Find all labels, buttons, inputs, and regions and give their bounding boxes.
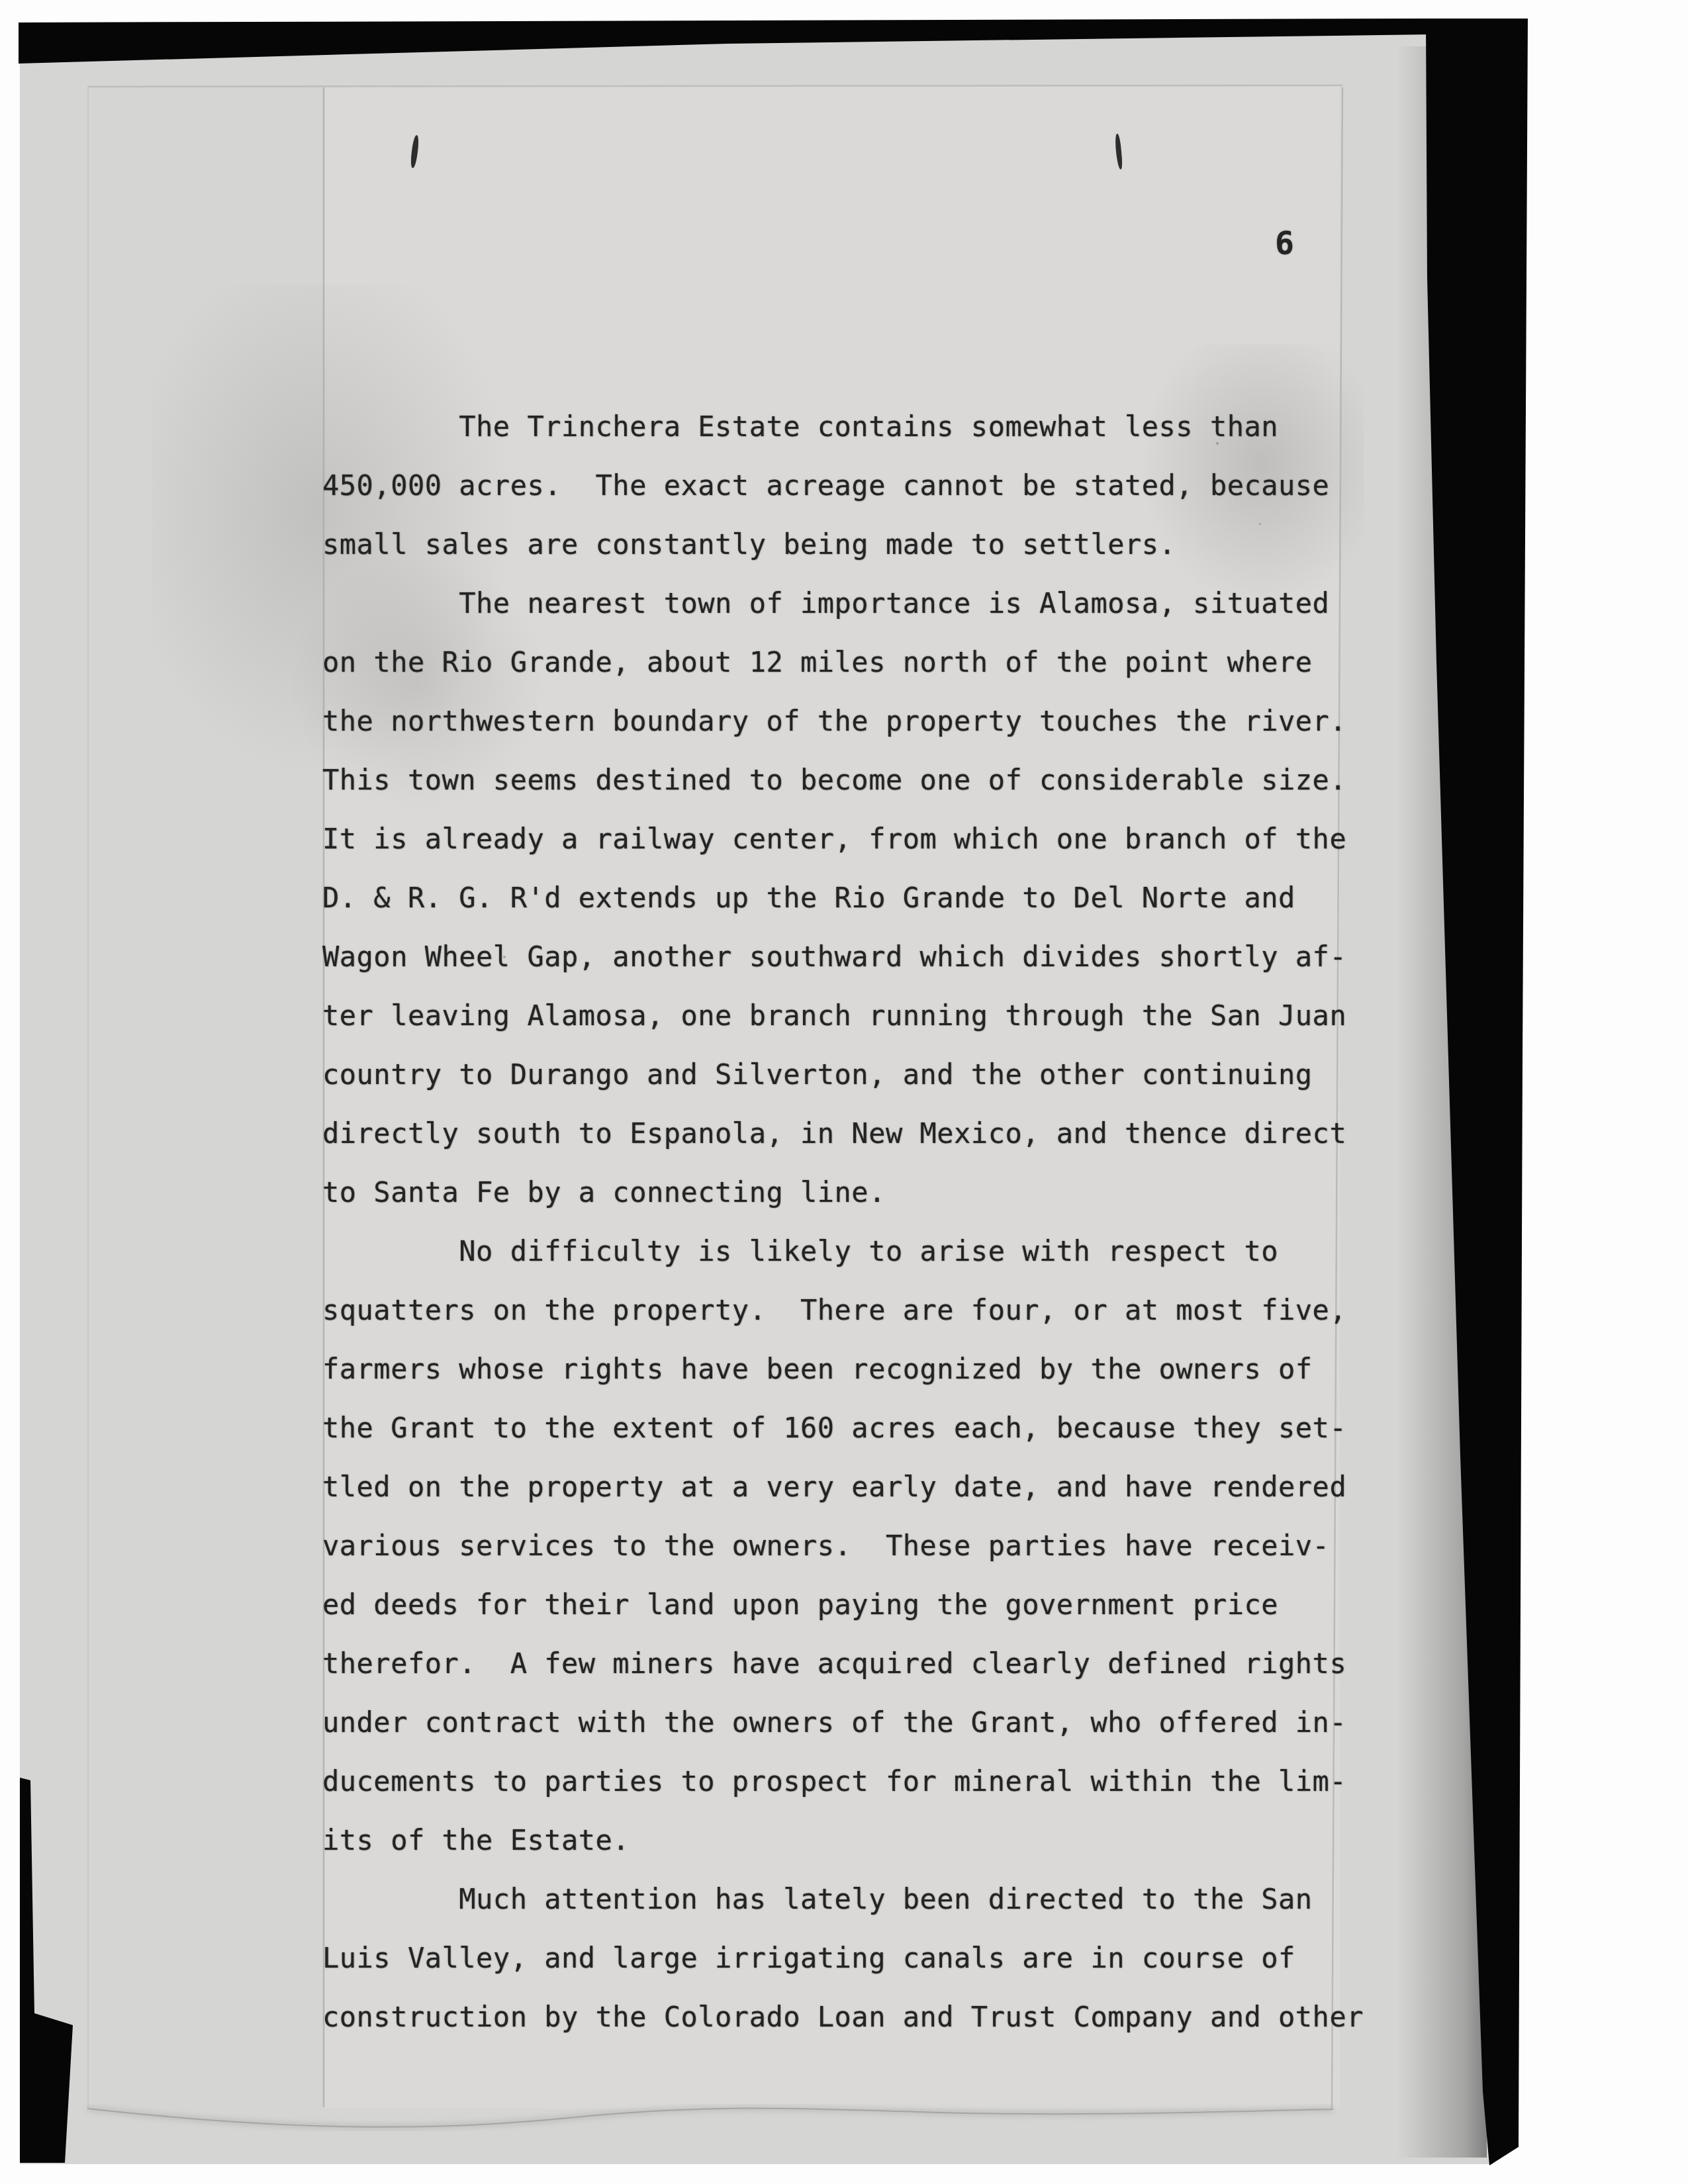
- text-line: under contract with the owners of the Gr…: [322, 1693, 1364, 1752]
- text-line: construction by the Colorado Loan and Tr…: [322, 1987, 1364, 2046]
- bottom-edge-shadow: [87, 2109, 1333, 2127]
- text-line: to Santa Fe by a connecting line.: [322, 1163, 1364, 1222]
- text-line: tled on the property at a very early dat…: [322, 1457, 1364, 1516]
- text-line: The Trinchera Estate contains somewhat l…: [322, 397, 1364, 456]
- text-line: Much attention has lately been directed …: [322, 1870, 1364, 1929]
- text-line: ed deeds for their land upon paying the …: [322, 1575, 1364, 1634]
- scanner-band-top: [19, 19, 1430, 64]
- text-line: This town seems destined to become one o…: [322, 751, 1364, 809]
- text-line: on the Rio Grande, about 12 miles north …: [322, 633, 1364, 692]
- text-line: its of the Estate.: [322, 1811, 1364, 1870]
- text-line: ter leaving Alamosa, one branch running …: [322, 986, 1364, 1045]
- text-line: ducements to parties to prospect for min…: [322, 1752, 1364, 1811]
- text-line: the northwestern boundary of the propert…: [322, 692, 1364, 751]
- text-line: squatters on the property. There are fou…: [322, 1281, 1364, 1340]
- text-line: various services to the owners. These pa…: [322, 1516, 1364, 1575]
- text-line: 450,000 acres. The exact acreage cannot …: [322, 456, 1364, 515]
- document-top-edge: [88, 85, 1342, 87]
- text-line: the Grant to the extent of 160 acres eac…: [322, 1398, 1364, 1457]
- typewritten-text: The Trinchera Estate contains somewhat l…: [322, 397, 1364, 2046]
- text-line: Luis Valley, and large irrigating canals…: [322, 1929, 1364, 1987]
- text-line: It is already a railway center, from whi…: [322, 809, 1364, 868]
- text-line: D. & R. G. R'd extends up the Rio Grande…: [322, 868, 1364, 927]
- text-line: Wagon Wheel Gap, another southward which…: [322, 927, 1364, 986]
- text-line: The nearest town of importance is Alamos…: [322, 574, 1364, 633]
- text-line: country to Durango and Silverton, and th…: [322, 1045, 1364, 1104]
- text-line: No difficulty is likely to arise with re…: [322, 1222, 1364, 1281]
- scanner-band-bottom-left: [20, 1778, 73, 2163]
- text-line: directly south to Espanola, in New Mexic…: [322, 1104, 1364, 1163]
- text-line: therefor. A few miners have acquired cle…: [322, 1634, 1364, 1693]
- text-line: farmers whose rights have been recognize…: [322, 1340, 1364, 1398]
- scanned-document-page: 6 The Trinchera Estate contains somewhat…: [0, 0, 1688, 2184]
- page-number: 6: [1275, 225, 1294, 262]
- text-line: small sales are constantly being made to…: [322, 515, 1364, 574]
